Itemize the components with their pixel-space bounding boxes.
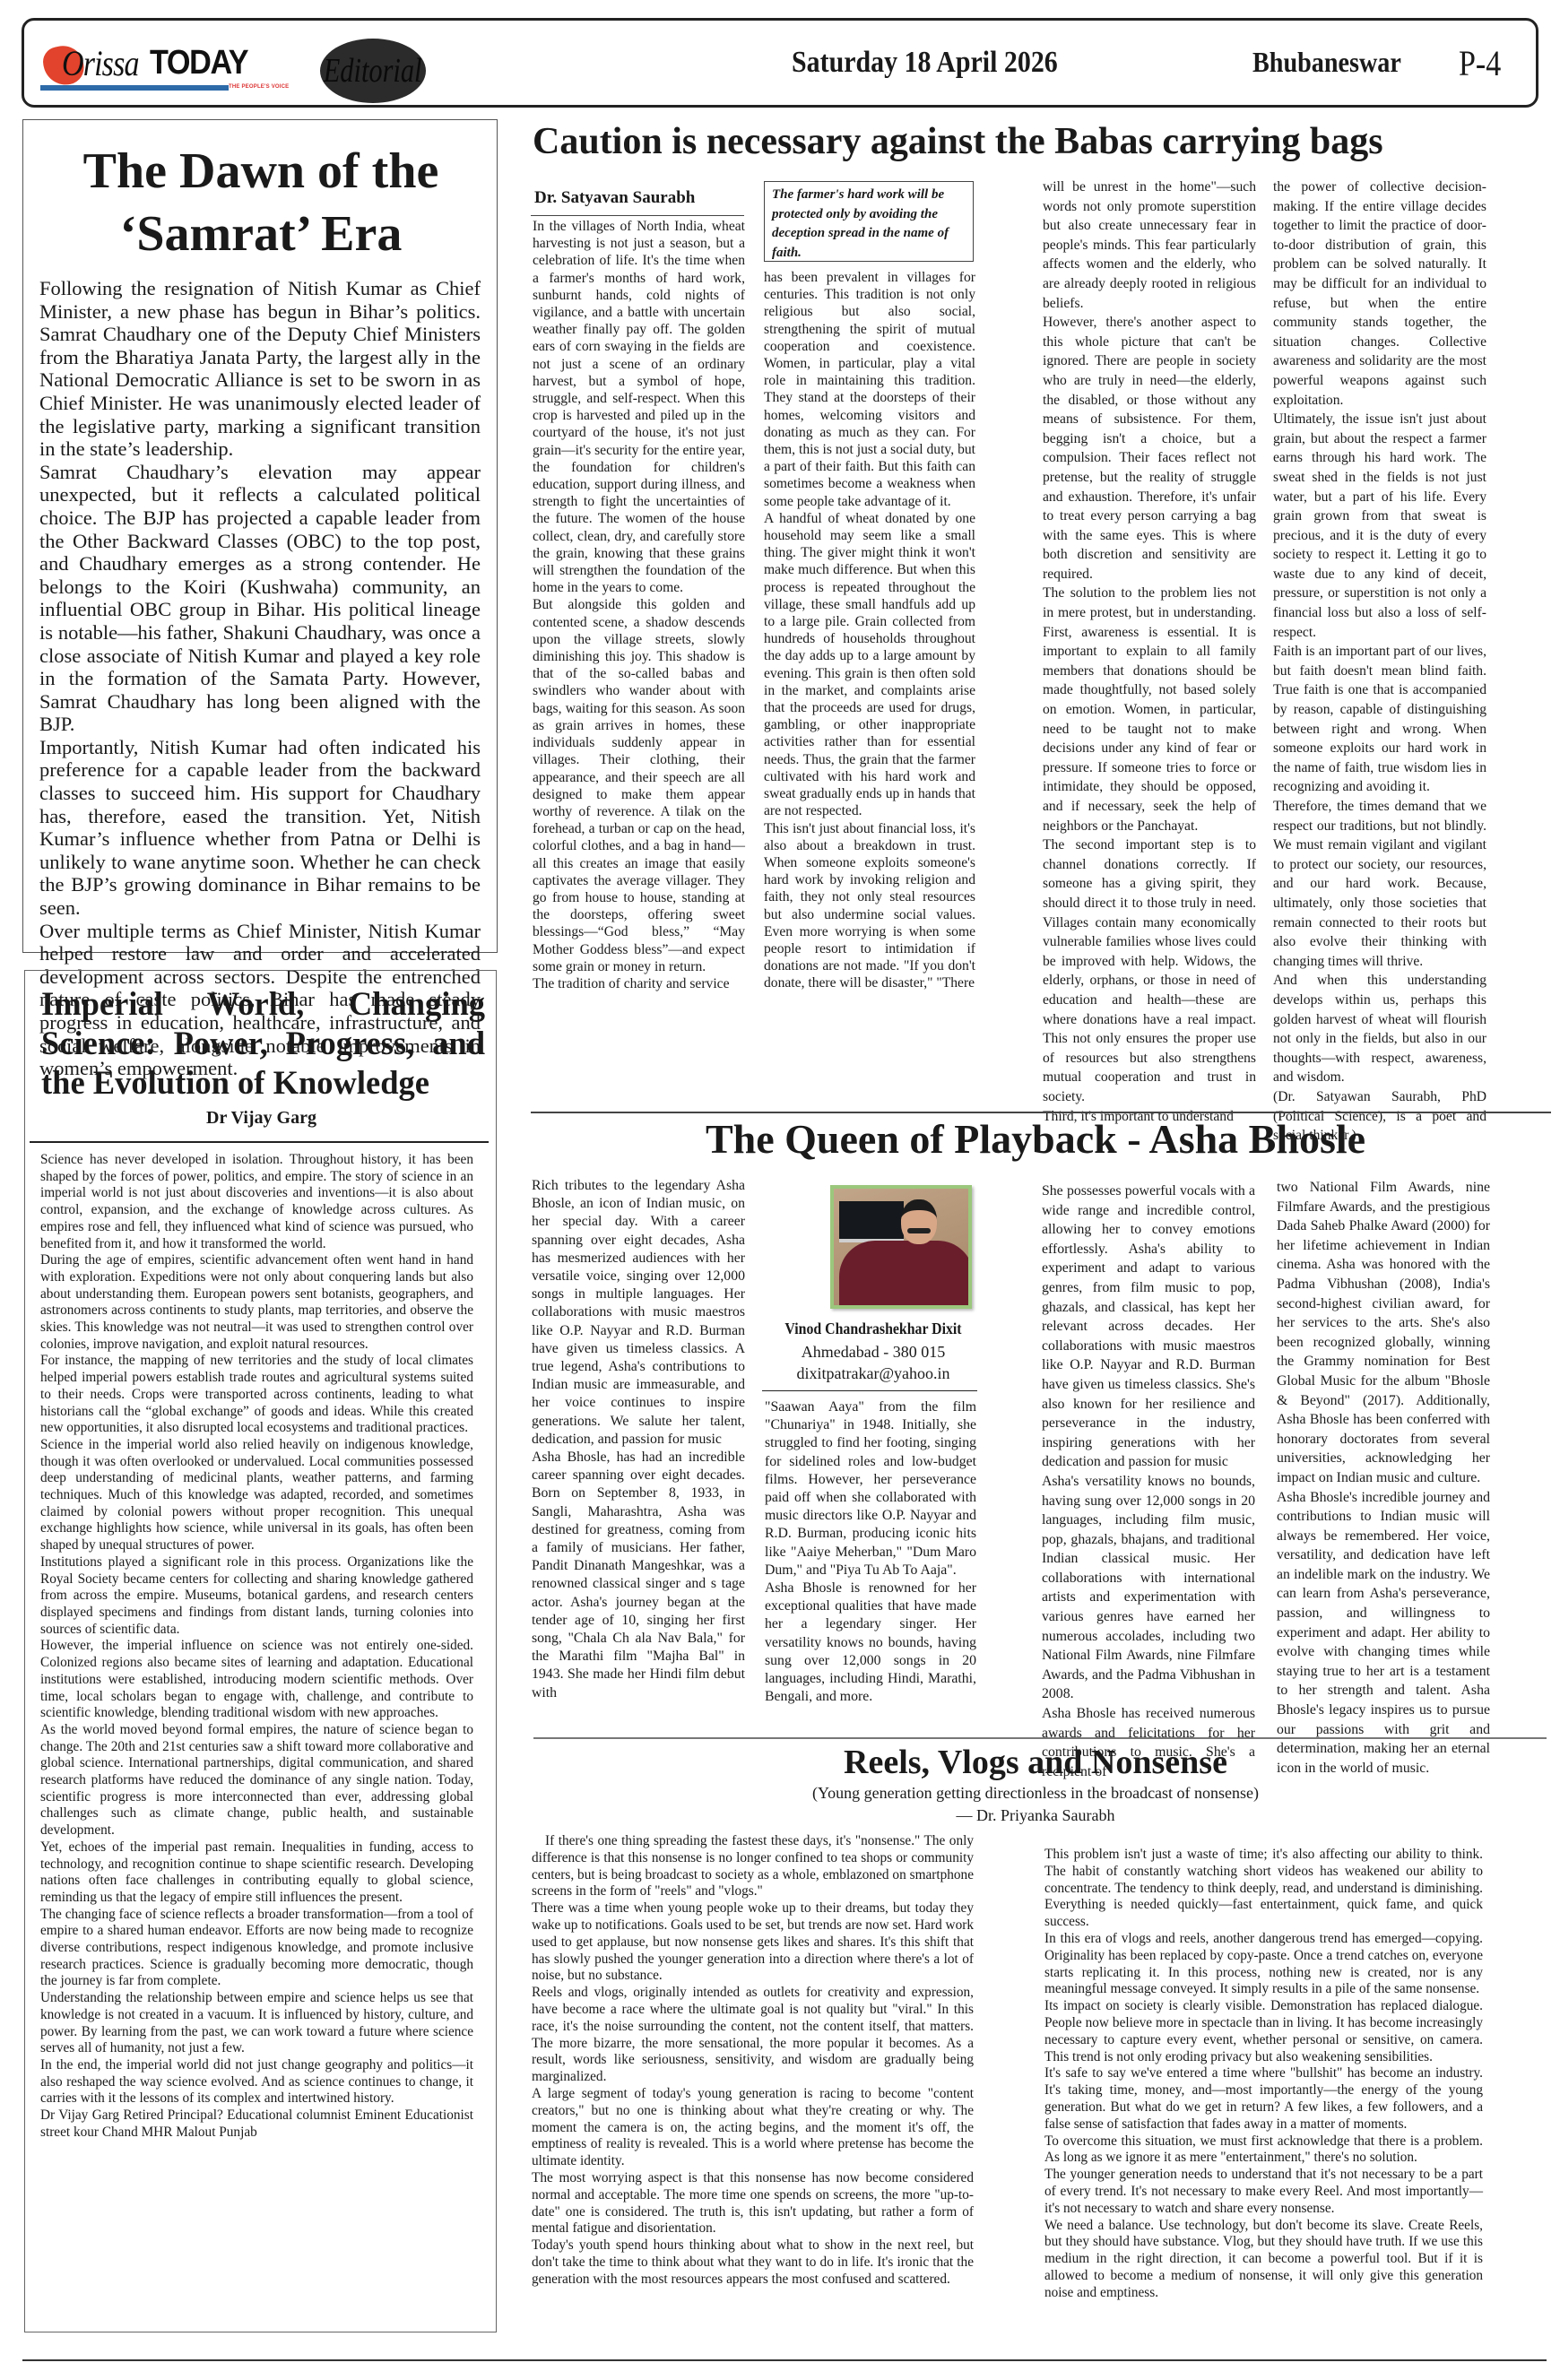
article-author: Dr. Satyavan Saurabh xyxy=(534,188,695,208)
paragraph: Understanding the relationship between e… xyxy=(40,1990,473,2057)
paragraph: This problem isn't just a waste of time;… xyxy=(1044,1847,1483,1931)
paragraph: This isn't just about financial loss, it… xyxy=(764,820,975,992)
paragraph: Ultimately, the issue isn't just about g… xyxy=(1273,410,1486,642)
logo-orissa-text: Orissa xyxy=(62,42,139,84)
paragraph: Today's youth spend hours thinking about… xyxy=(532,2237,974,2288)
paragraph: She possesses powerful vocals with a wid… xyxy=(1042,1181,1255,1472)
article-headline: Reels, Vlogs and Nonsense xyxy=(520,1741,1551,1784)
photo-mustache-shape xyxy=(907,1228,931,1233)
paragraph: Importantly, Nitish Kumar had often indi… xyxy=(39,736,481,920)
paragraph: Therefore, the times demand that we resp… xyxy=(1273,797,1486,971)
paragraph: The most worrying aspect is that this no… xyxy=(532,2170,974,2237)
paragraph: Science in the imperial world also relie… xyxy=(40,1437,473,1554)
paragraph: two National Film Awards, nine Filmfare … xyxy=(1277,1178,1490,1488)
paragraph: Samrat Chaudhary’s elevation may appear … xyxy=(39,461,481,736)
article-column-4: the power of collective decision-making.… xyxy=(1273,177,1486,1146)
section-divider xyxy=(531,1112,1551,1113)
logo-underline-bar xyxy=(40,85,229,91)
edition-city: Bhubaneswar xyxy=(1252,46,1401,79)
article-column-2: has been prevalent in villages for centu… xyxy=(764,269,975,992)
paragraph: There was a time when young people woke … xyxy=(532,1900,974,1985)
article-author: — Dr. Priyanka Saurabh xyxy=(520,1806,1551,1825)
section-label: Editorial xyxy=(324,51,422,91)
pull-quote: The farmer's hard work will be protected… xyxy=(764,181,974,262)
editorial-section-badge: Editorial xyxy=(320,39,426,103)
paragraph: In the villages of North India, wheat ha… xyxy=(533,218,745,596)
logo-today-text: TODAY xyxy=(150,44,247,82)
paragraph: Asha's versatility knows no bounds, havi… xyxy=(1042,1472,1255,1704)
paragraph: However, there's another aspect to this … xyxy=(1043,313,1256,584)
paragraph: "Saawan Aaya" from the film "Chunariya" … xyxy=(765,1398,976,1579)
section-divider xyxy=(533,1737,1547,1739)
article-column-2: This problem isn't just a waste of time;… xyxy=(1044,1847,1483,2302)
author-name: Vinod Chandrashekhar Dixit xyxy=(778,1320,967,1338)
article-subheadline: (Young generation getting directionless … xyxy=(520,1784,1551,1803)
divider xyxy=(531,215,744,216)
paragraph: Faith is an important part of our lives,… xyxy=(1273,642,1486,797)
logo-tagline: THE PEOPLE'S VOICE xyxy=(229,84,289,90)
article-headline: Caution is necessary against the Babas c… xyxy=(533,119,1555,164)
headline-line-1: The Dawn of the xyxy=(83,143,439,199)
author-city: Ahmedabad - 380 015 xyxy=(766,1343,981,1362)
article-body: Science has never developed in isolation… xyxy=(40,1152,473,2141)
paragraph: And when this understanding develops wit… xyxy=(1273,971,1486,1087)
paragraph: We need a balance. Use technology, but d… xyxy=(1044,2218,1483,2302)
paragraph: Asha Bhosle, has had an incredible caree… xyxy=(532,1449,745,1702)
article-column-1: In the villages of North India, wheat ha… xyxy=(533,218,745,992)
paragraph: will be unrest in the home"—such words n… xyxy=(1043,177,1256,313)
orissa-today-logo[interactable]: Orissa TODAY THE PEOPLE'S VOICE xyxy=(39,40,308,94)
paragraph: Asha Bhosle's incredible journey and con… xyxy=(1277,1488,1490,1779)
paragraph: It's safe to say we've entered a time wh… xyxy=(1044,2065,1483,2133)
divider xyxy=(30,1141,489,1143)
article-column-3: will be unrest in the home"—such words n… xyxy=(1043,177,1256,1126)
paragraph: Rich tributes to the legendary Asha Bhos… xyxy=(532,1177,745,1449)
photo-head-shape xyxy=(901,1199,937,1244)
paragraph: The second important step is to channel … xyxy=(1043,835,1256,1106)
paragraph: The changing face of science reflects a … xyxy=(40,1907,473,1991)
paragraph: If there's one thing spreading the faste… xyxy=(532,1833,974,1900)
paragraph: Science has never developed in isolation… xyxy=(40,1152,473,1252)
paragraph: During the age of empires, scientific ad… xyxy=(40,1252,473,1353)
headline-line-2: ‘Samrat’ Era xyxy=(120,206,403,262)
paragraph: Reels and vlogs, originally intended as … xyxy=(532,1985,974,2086)
article-column-4: two National Film Awards, nine Filmfare … xyxy=(1277,1178,1490,1778)
photo-shirt-shape xyxy=(839,1241,972,1309)
article-headline: The Dawn of the ‘Samrat’ Era xyxy=(23,140,498,265)
article-headline: The Queen of Playback - Asha Bhosle xyxy=(520,1114,1551,1164)
author-bio: Dr Vijay Garg Retired Principal? Educati… xyxy=(40,2107,473,2141)
masthead: Orissa TODAY THE PEOPLE'S VOICE Editoria… xyxy=(22,18,1538,108)
paragraph: Institutions played a significant role i… xyxy=(40,1554,473,1639)
paragraph: In this era of vlogs and reels, another … xyxy=(1044,1931,1483,1998)
article-column-1: If there's one thing spreading the faste… xyxy=(532,1833,974,2289)
paragraph: However, the imperial influence on scien… xyxy=(40,1638,473,1722)
photo-monitor-shape xyxy=(839,1201,904,1242)
article-column-1: Rich tributes to the legendary Asha Bhos… xyxy=(532,1177,745,1702)
paragraph: Its impact on society is clearly visible… xyxy=(1044,1998,1483,2065)
paragraph: For instance, the mapping of new territo… xyxy=(40,1353,473,1437)
paragraph: In the end, the imperial world did not j… xyxy=(40,2057,473,2107)
paragraph: Asha Bhosle is renowned for her exceptio… xyxy=(765,1579,976,1706)
article-body: Following the resignation of Nitish Kuma… xyxy=(39,277,481,1080)
article-column-2: "Saawan Aaya" from the film "Chunariya" … xyxy=(765,1398,976,1706)
paragraph: The tradition of charity and service xyxy=(533,975,745,992)
article-imperial-world: Imperial World, Changing Science: Power,… xyxy=(24,970,497,2332)
page-bottom-rule xyxy=(22,2359,1547,2361)
issue-date: Saturday 18 April 2026 xyxy=(792,46,1058,80)
paragraph: the power of collective decision-making.… xyxy=(1273,177,1486,410)
paragraph: The solution to the problem lies not in … xyxy=(1043,584,1256,835)
paragraph: has been prevalent in villages for centu… xyxy=(764,269,975,510)
paragraph: As the world moved beyond formal empires… xyxy=(40,1722,473,1839)
page-number: P-4 xyxy=(1459,42,1501,84)
paragraph: To overcome this situation, we must firs… xyxy=(1044,2133,1483,2168)
paragraph: But alongside this golden and contented … xyxy=(533,596,745,974)
article-author: Dr Vijay Garg xyxy=(25,1108,498,1129)
author-email[interactable]: dixitpatrakar@yahoo.in xyxy=(766,1364,981,1383)
divider xyxy=(762,1390,977,1391)
paragraph: A large segment of today's young generat… xyxy=(532,2086,974,2170)
article-column-3: She possesses powerful vocals with a wid… xyxy=(1042,1181,1255,1781)
author-photo xyxy=(830,1185,972,1309)
paragraph: The younger generation needs to understa… xyxy=(1044,2167,1483,2217)
paragraph: A handful of wheat donated by one househ… xyxy=(764,510,975,820)
article-headline: Imperial World, Changing Science: Power,… xyxy=(41,984,485,1103)
paragraph: Following the resignation of Nitish Kuma… xyxy=(39,277,481,461)
paragraph: Yet, echoes of the imperial past remain.… xyxy=(40,1839,473,1907)
article-samrat-era: The Dawn of the ‘Samrat’ Era Following t… xyxy=(22,119,498,953)
